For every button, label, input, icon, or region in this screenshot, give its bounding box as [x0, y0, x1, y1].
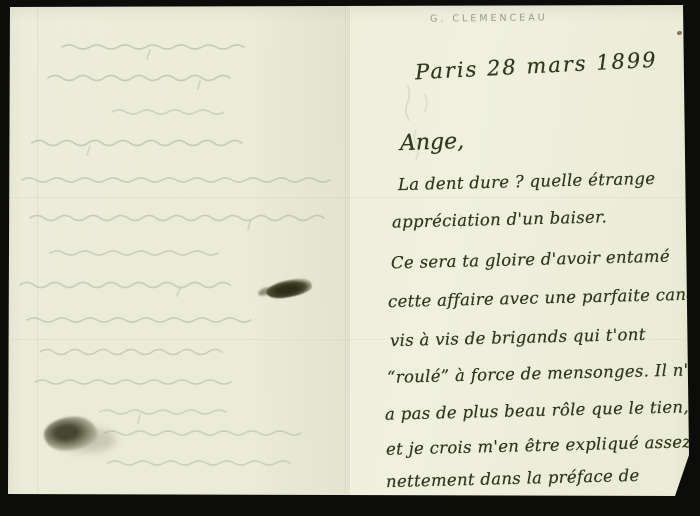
photo-background: G. CLEMENCEAU Paris 28 mars 1899 Ange, L… [0, 0, 700, 516]
pencil-annotation: G. CLEMENCEAU [430, 12, 548, 24]
salutation: Ange, [400, 129, 465, 156]
letter-paper: G. CLEMENCEAU Paris 28 mars 1899 Ange, L… [0, 0, 700, 516]
